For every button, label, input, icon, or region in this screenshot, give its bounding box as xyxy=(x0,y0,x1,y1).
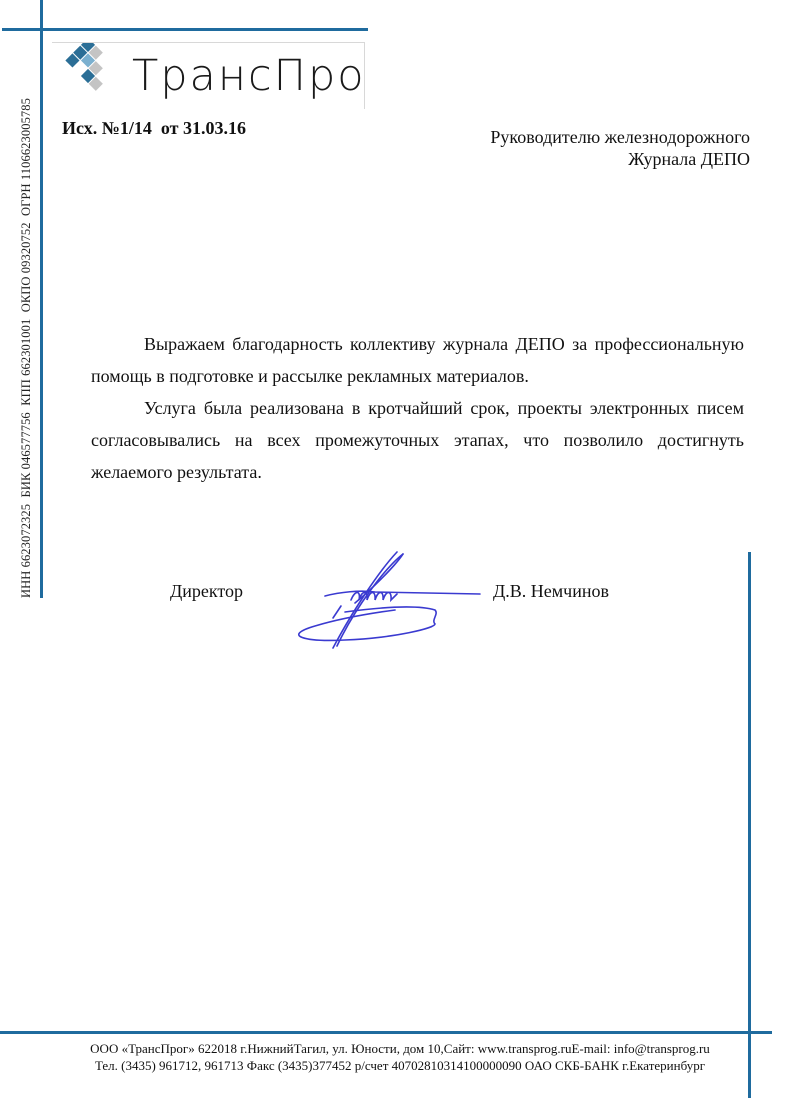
letter-body: Выражаем благодарность коллективу журнал… xyxy=(91,328,744,488)
border-line-right xyxy=(748,552,751,1098)
body-paragraph: Выражаем благодарность коллективу журнал… xyxy=(91,328,744,392)
addressee: Руководителю железнодорожного Журнала ДЕ… xyxy=(490,126,750,170)
border-line-bottom xyxy=(0,1031,772,1034)
letterhead-footer: ООО «ТрансПрог» 622018 г.НижнийТагил, ул… xyxy=(60,1040,740,1074)
company-requisites: ИНН 6623072325 БИК 046577756 КПП 6623010… xyxy=(19,38,34,598)
body-paragraph: Услуга была реализована в кротчайший сро… xyxy=(91,392,744,488)
handwritten-signature-icon xyxy=(285,548,485,653)
logo-wordmark: ТрансПрог xyxy=(132,51,365,101)
border-line-top xyxy=(2,28,368,31)
company-logo: ТрансПрог xyxy=(52,42,365,109)
footer-address-line: ООО «ТрансПрог» 622018 г.НижнийТагил, ул… xyxy=(60,1040,740,1057)
signatory-title: Директор xyxy=(170,581,243,602)
addressee-line-1: Руководителю железнодорожного xyxy=(490,126,750,148)
outgoing-reference: Исх. №1/14 от 31.03.16 xyxy=(62,118,246,139)
addressee-line-2: Журнала ДЕПО xyxy=(490,148,750,170)
logo-diamond-icon xyxy=(56,43,120,109)
border-line-left xyxy=(40,0,43,598)
footer-bank-line: Тел. (3435) 961712, 961713 Факс (3435)37… xyxy=(60,1057,740,1074)
signatory-name: Д.В. Немчинов xyxy=(493,581,609,602)
